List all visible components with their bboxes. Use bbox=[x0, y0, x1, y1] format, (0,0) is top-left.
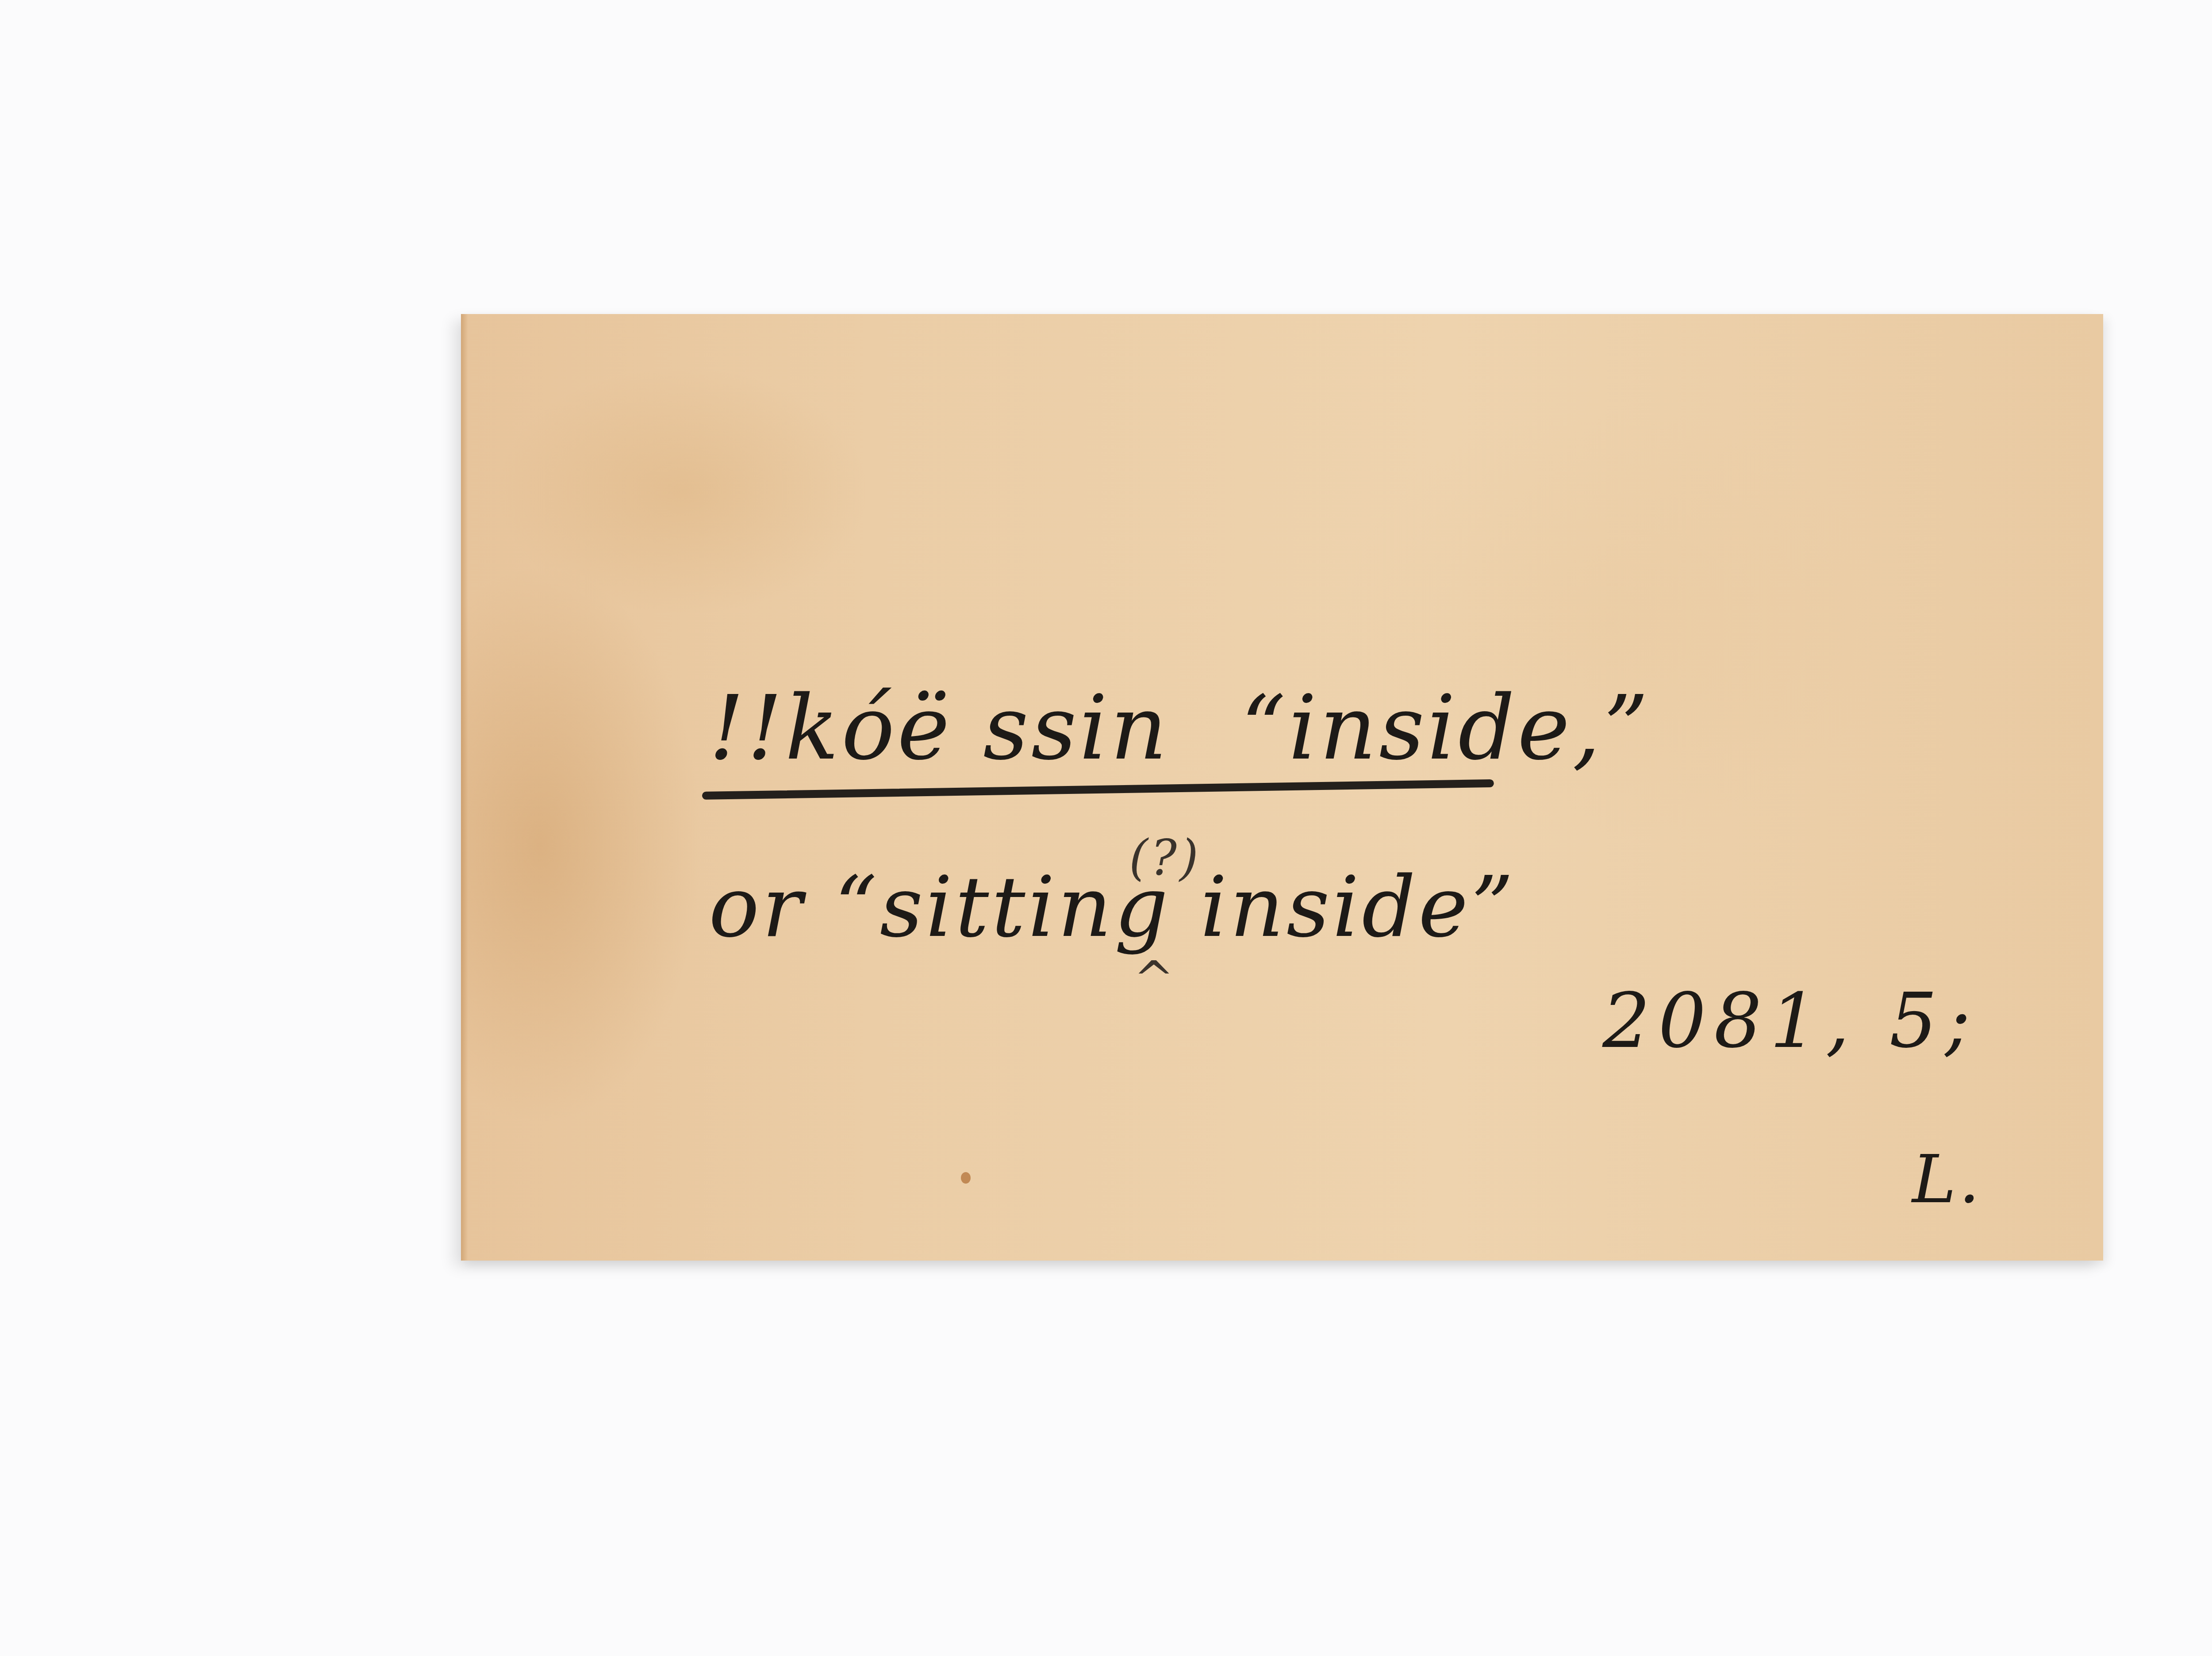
alternate-gloss: or “sitting inside” bbox=[709, 858, 1516, 956]
entry-line-1: !!kóë ssin“inside,” bbox=[709, 677, 1651, 780]
author-initial: L. bbox=[1912, 1141, 1982, 1218]
stain-spot bbox=[961, 1172, 971, 1184]
insertion-caret: ^ bbox=[1133, 951, 1177, 1008]
gloss: “inside,” bbox=[1240, 677, 1651, 780]
reference-number: 2081, 5; bbox=[1602, 977, 1978, 1065]
index-card: !!kóë ssin“inside,” (?) or “sitting insi… bbox=[461, 314, 2103, 1261]
headword: !!kóë ssin bbox=[709, 677, 1170, 780]
headword-underline bbox=[702, 779, 1494, 800]
